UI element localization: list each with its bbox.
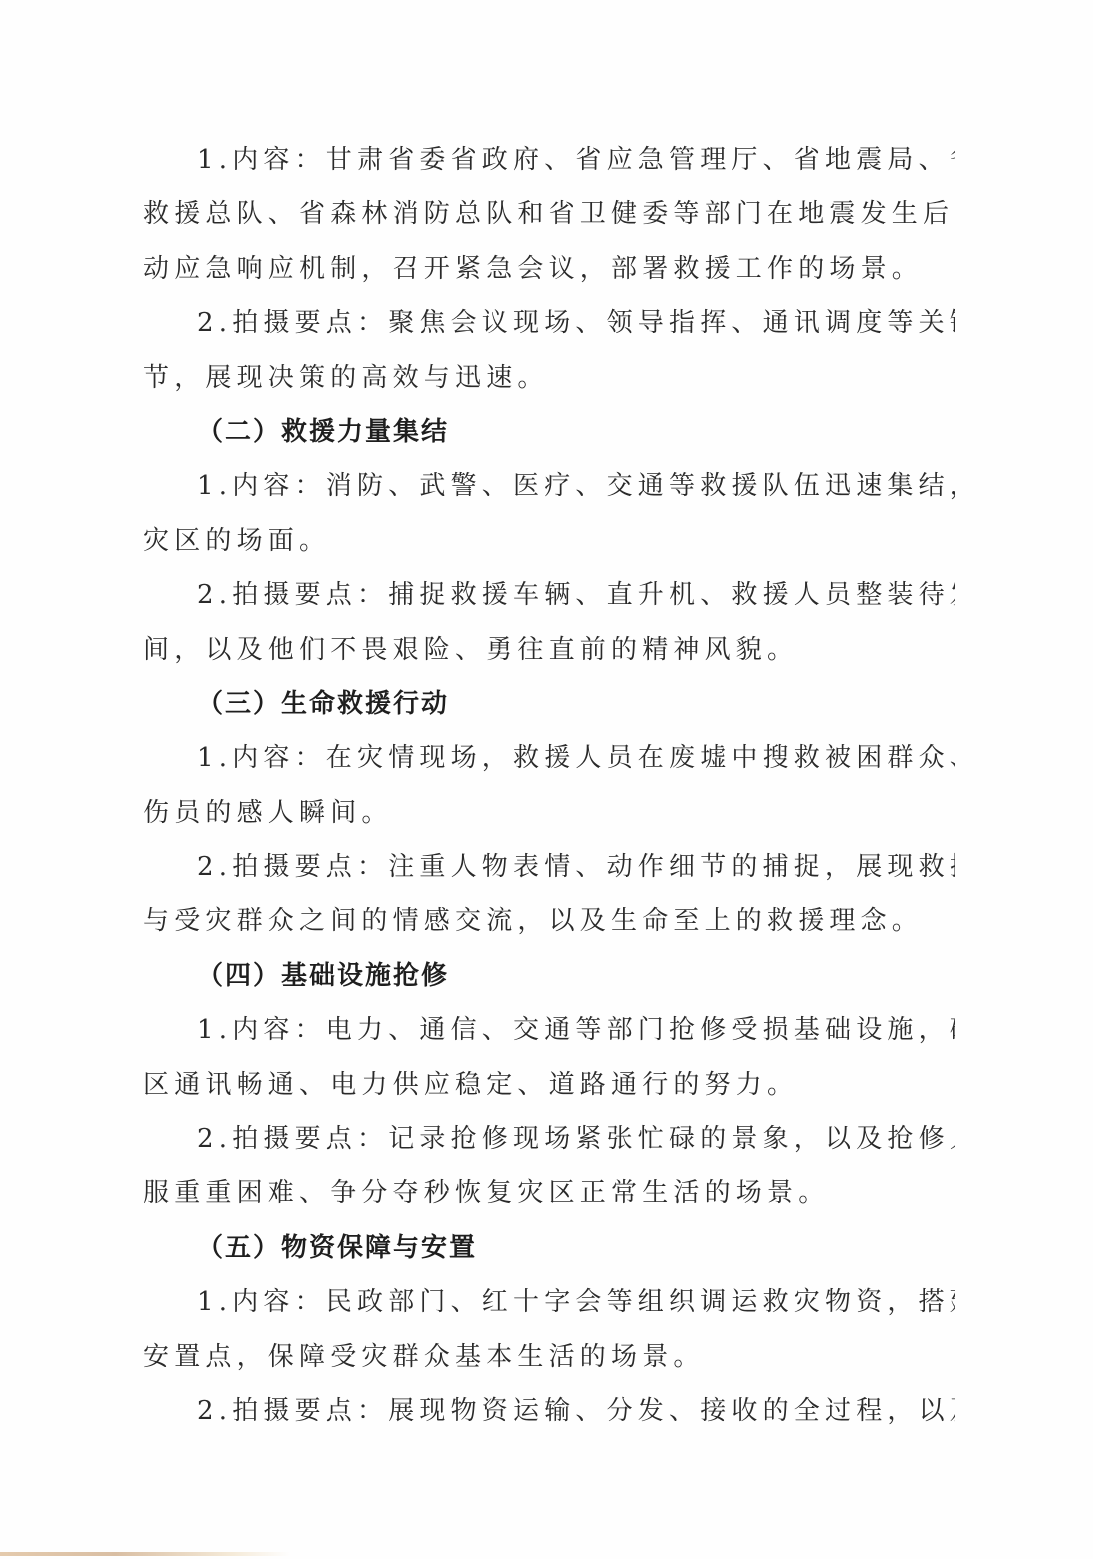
- text-line: 救援总队、省森林消防总队和省卫健委等部门在地震发生后立即启: [143, 187, 955, 241]
- paragraph-shooting-points: 2.拍摄要点：展现物资运输、分发、接收的全过程，以及受灾: [143, 1384, 955, 1438]
- section-heading: （五）物资保障与安置: [143, 1221, 955, 1275]
- paragraph-content: 1.内容：甘肃省委省政府、省应急管理厅、省地震局、省消防 救援总队、省森林消防总…: [143, 133, 955, 296]
- text-line: 动应急响应机制，召开紧急会议，部署救援工作的场景。: [143, 242, 955, 296]
- paragraph-shooting-points: 2.拍摄要点：记录抢修现场紧张忙碌的景象，以及抢修人员克 服重重困难、争分夺秒恢…: [143, 1112, 955, 1221]
- document-page: 1.内容：甘肃省委省政府、省应急管理厅、省地震局、省消防 救援总队、省森林消防总…: [0, 0, 1093, 1559]
- scan-edge-artifact: [0, 1552, 290, 1556]
- paragraph-content: 1.内容：民政部门、红十字会等组织调运救灾物资，搭建临时 安置点，保障受灾群众基…: [143, 1275, 955, 1384]
- text-line: 1.内容：民政部门、红十字会等组织调运救灾物资，搭建临时: [143, 1275, 955, 1329]
- text-line: 2.拍摄要点：记录抢修现场紧张忙碌的景象，以及抢修人员克: [143, 1112, 955, 1166]
- paragraph-shooting-points: 2.拍摄要点：捕捉救援车辆、直升机、救援人员整装待发的瞬 间，以及他们不畏艰险、…: [143, 568, 955, 677]
- paragraph-content: 1.内容：消防、武警、医疗、交通等救援队伍迅速集结，奔赴 灾区的场面。: [143, 459, 955, 568]
- section-heading: （四）基础设施抢修: [143, 949, 955, 1003]
- text-line: 2.拍摄要点：捕捉救援车辆、直升机、救援人员整装待发的瞬: [143, 568, 955, 622]
- paragraph-shooting-points: 2.拍摄要点：聚焦会议现场、领导指挥、通讯调度等关键环 节，展现决策的高效与迅速…: [143, 296, 955, 405]
- section-5: （五）物资保障与安置 1.内容：民政部门、红十字会等组织调运救灾物资，搭建临时 …: [143, 1221, 955, 1439]
- section-heading: （三）生命救援行动: [143, 677, 955, 731]
- text-line: 区通讯畅通、电力供应稳定、道路通行的努力。: [143, 1058, 955, 1112]
- text-line: 间，以及他们不畏艰险、勇往直前的精神风貌。: [143, 623, 955, 677]
- section-heading: （二）救援力量集结: [143, 405, 955, 459]
- section-4: （四）基础设施抢修 1.内容：电力、通信、交通等部门抢修受损基础设施，确保灾 区…: [143, 949, 955, 1221]
- section-3: （三）生命救援行动 1.内容：在灾情现场，救援人员在废墟中搜救被困群众、救治 伤…: [143, 677, 955, 949]
- text-line: 服重重困难、争分夺秒恢复灾区正常生活的场景。: [143, 1166, 955, 1220]
- text-line: 2.拍摄要点：注重人物表情、动作细节的捕捉，展现救援人员: [143, 840, 955, 894]
- text-line: 安置点，保障受灾群众基本生活的场景。: [143, 1330, 955, 1384]
- paragraph-content: 1.内容：在灾情现场，救援人员在废墟中搜救被困群众、救治 伤员的感人瞬间。: [143, 731, 955, 840]
- text-line: 1.内容：甘肃省委省政府、省应急管理厅、省地震局、省消防: [143, 133, 955, 187]
- text-line: 2.拍摄要点：聚焦会议现场、领导指挥、通讯调度等关键环: [143, 296, 955, 350]
- text-line: 伤员的感人瞬间。: [143, 786, 955, 840]
- text-line: 灾区的场面。: [143, 514, 955, 568]
- text-line: 1.内容：在灾情现场，救援人员在废墟中搜救被困群众、救治: [143, 731, 955, 785]
- paragraph-content: 1.内容：电力、通信、交通等部门抢修受损基础设施，确保灾 区通讯畅通、电力供应稳…: [143, 1003, 955, 1112]
- section-2: （二）救援力量集结 1.内容：消防、武警、医疗、交通等救援队伍迅速集结，奔赴 灾…: [143, 405, 955, 677]
- text-line: 1.内容：消防、武警、医疗、交通等救援队伍迅速集结，奔赴: [143, 459, 955, 513]
- text-line: 1.内容：电力、通信、交通等部门抢修受损基础设施，确保灾: [143, 1003, 955, 1057]
- paragraph-shooting-points: 2.拍摄要点：注重人物表情、动作细节的捕捉，展现救援人员 与受灾群众之间的情感交…: [143, 840, 955, 949]
- text-line: 与受灾群众之间的情感交流，以及生命至上的救援理念。: [143, 894, 955, 948]
- text-line: 2.拍摄要点：展现物资运输、分发、接收的全过程，以及受灾: [143, 1384, 955, 1438]
- section-1: 1.内容：甘肃省委省政府、省应急管理厅、省地震局、省消防 救援总队、省森林消防总…: [143, 133, 955, 405]
- document-body: 1.内容：甘肃省委省政府、省应急管理厅、省地震局、省消防 救援总队、省森林消防总…: [143, 133, 955, 1438]
- text-line: 节，展现决策的高效与迅速。: [143, 351, 955, 405]
